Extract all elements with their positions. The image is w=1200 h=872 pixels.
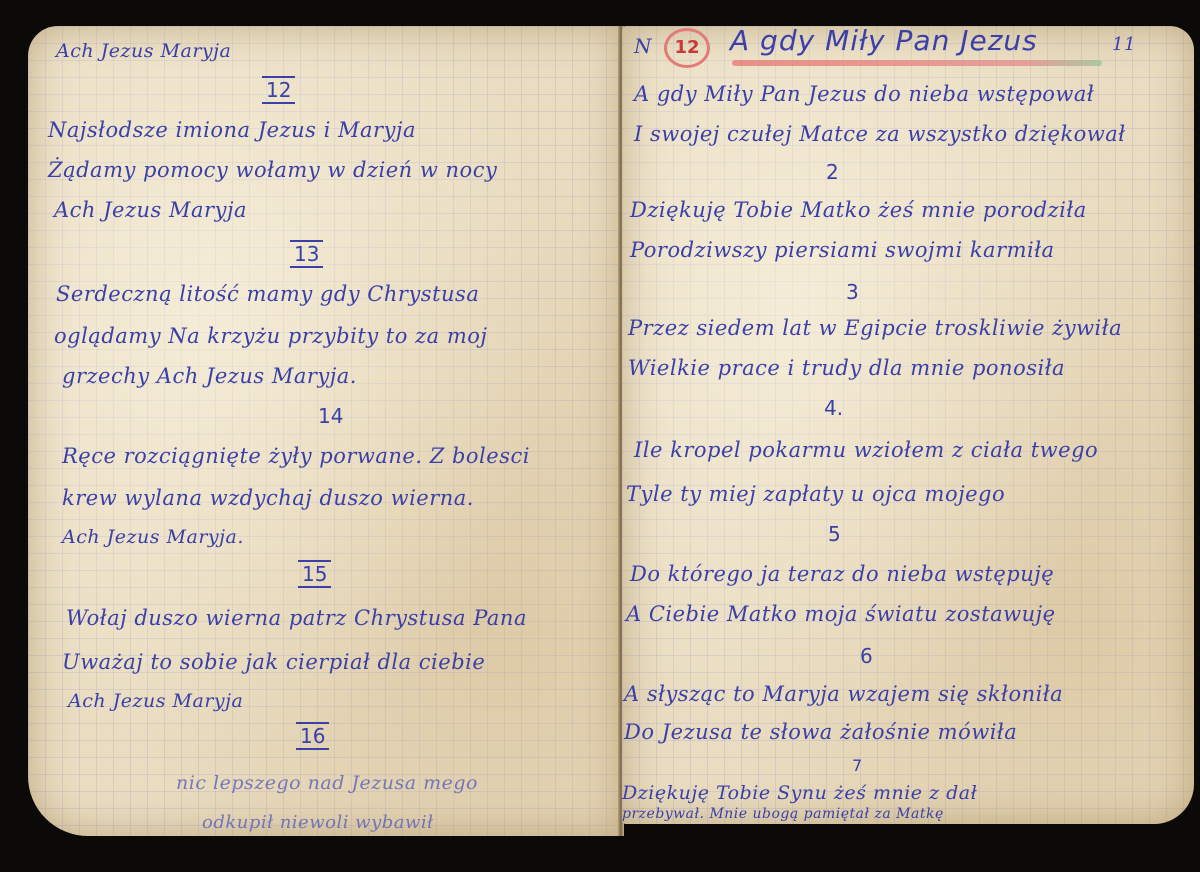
verse-line: I swojej czułej Matce za wszystko dzięko… (634, 122, 1126, 146)
verse-line: Do którego ja teraz do nieba wstępuję (630, 562, 1054, 586)
verse-line: Porodziwszy piersiami swojmi karmiła (630, 238, 1055, 262)
hymn-title: A gdy Miły Pan Jezus (730, 24, 1038, 57)
verse-line: A słysząc to Maryja wzajem się skłoniła (624, 682, 1063, 706)
verse-number: 12 (262, 76, 295, 104)
verse-line: nic lepszego nad Jezusa mego (176, 772, 478, 794)
verse-number: 13 (290, 240, 323, 268)
verse-number: 16 (296, 722, 329, 750)
verse-line: Ach Jezus Maryja. (62, 526, 244, 548)
hymn-number-prefix: N (634, 34, 652, 58)
verse-line: Tyle ty miej zapłaty u ojca mojego (626, 482, 1005, 506)
verse-line: Uważaj to sobie jak cierpiał dla ciebie (62, 650, 485, 674)
left-header-refrain: Ach Jezus Maryja (56, 40, 231, 62)
verse-line: Żądamy pomocy wołamy w dzień w nocy (48, 158, 497, 182)
verse-line: Ach Jezus Maryja (68, 690, 243, 712)
verse-line: Ile kropel pokarmu wziołem z ciała twego (634, 438, 1098, 462)
verse-line: Ręce rozciągnięte żyły porwane. Z bolesc… (62, 444, 530, 468)
left-page (28, 26, 622, 836)
verse-number: 14 (318, 404, 343, 428)
verse-line: Wołaj duszo wierna patrz Chrystusa Pana (66, 606, 527, 630)
verse-line: Przez siedem lat w Egipcie troskliwie ży… (628, 316, 1122, 340)
verse-number: 3 (846, 280, 859, 304)
verse-line: odkupił niewoli wybawił (202, 812, 434, 833)
verse-line: oglądamy Na krzyżu przybity to za moj (54, 324, 487, 348)
verse-line: Dziękuję Tobie Matko żeś mnie porodziła (630, 198, 1087, 222)
verse-line: A gdy Miły Pan Jezus do nieba wstępował (634, 82, 1094, 106)
hymn-title-suffix: 11 (1112, 34, 1136, 55)
notebook-spread: Ach Jezus Maryja 12 Najsłodsze imiona Je… (0, 0, 1200, 872)
verse-line: Najsłodsze imiona Jezus i Maryja (48, 118, 416, 142)
verse-number: 15 (298, 560, 331, 588)
verse-line: Do Jezusa te słowa żałośnie mówiła (624, 720, 1017, 744)
verse-line: Serdeczną litość mamy gdy Chrystusa (56, 282, 479, 306)
verse-line: A Ciebie Matko moja światu zostawuję (626, 602, 1056, 626)
verse-number: 5 (828, 522, 841, 546)
title-underline (732, 60, 1102, 66)
verse-number: 2 (826, 160, 839, 184)
verse-number: 6 (860, 644, 873, 668)
verse-line: grzechy Ach Jezus Maryja. (62, 364, 357, 388)
hymn-number-circled: 12 (664, 28, 710, 68)
verse-line: Dziękuję Tobie Synu żeś mnie z dał (622, 782, 977, 804)
verse-line: Wielkie prace i trudy dla mnie ponosiła (628, 356, 1065, 380)
verse-line: Ach Jezus Maryja (54, 198, 247, 222)
verse-line: krew wylana wzdychaj duszo wierna. (62, 486, 474, 510)
verse-number: 7 (852, 756, 862, 775)
verse-line: przebywał. Mnie ubogą pamiętał za Matkę (622, 806, 944, 822)
verse-number: 4. (824, 396, 843, 420)
